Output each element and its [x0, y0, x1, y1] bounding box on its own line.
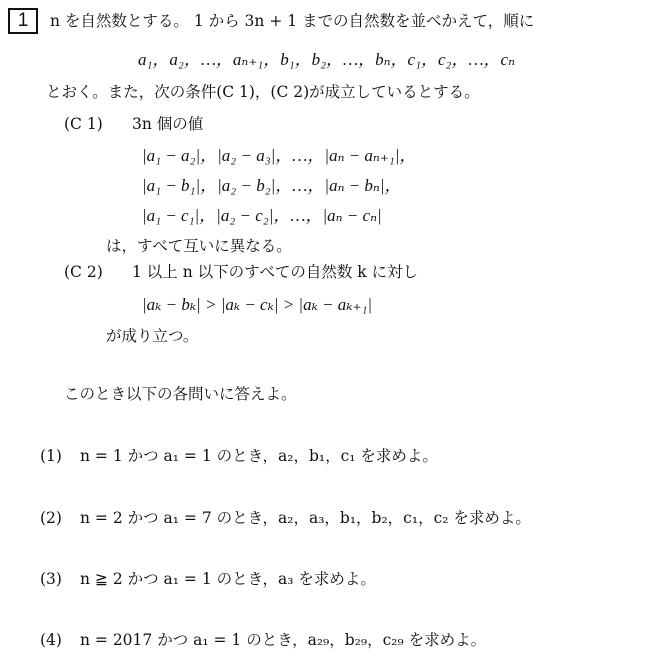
c1-row-1: |a₁ − a₂|，|a₂ − a₃|，…，|aₙ − aₙ₊₁|，: [142, 146, 416, 166]
question-2-text: n = 2 かつ a₁ = 7 のとき，a₂，a₃，b₁，b₂，c₁，c₂ を求…: [80, 508, 531, 528]
c1-label: (C 1): [64, 114, 103, 134]
c2-label: (C 2): [64, 262, 103, 282]
c1-tail: は，すべて互いに異なる。: [106, 236, 292, 256]
question-1-label: (1): [40, 446, 62, 466]
sequence-line: a₁，a₂，…，aₙ₊₁，b₁，b₂，…，bₙ，c₁，c₂，…，cₙ: [138, 50, 515, 70]
c1-row-3: |a₁ − c₁|，|a₂ − c₂|，…，|aₙ − cₙ|: [142, 206, 382, 226]
question-4-text: n = 2017 かつ a₁ = 1 のとき，a₂₉，b₂₉，c₂₉ を求めよ。: [80, 630, 486, 650]
question-1-text: n = 1 かつ a₁ = 1 のとき，a₂，b₁，c₁ を求めよ。: [80, 446, 438, 466]
question-4-label: (4): [40, 630, 62, 650]
c2-formula: |aₖ − bₖ| > |aₖ − cₖ| > |aₖ − aₖ₊₁|: [142, 295, 372, 315]
question-2-label: (2): [40, 508, 62, 528]
question-3-text: n ≧ 2 かつ a₁ = 1 のとき，a₃ を求めよ。: [80, 569, 376, 589]
questions-prompt: このとき以下の各問いに答えよ。: [64, 384, 297, 404]
c1-head: 3n 個の値: [132, 114, 203, 134]
conditions-intro: とおく。また，次の条件(C 1)，(C 2)が成立しているとする。: [46, 82, 480, 102]
c1-row-2: |a₁ − b₁|，|a₂ − b₂|，…，|aₙ − bₙ|，: [142, 176, 402, 196]
c2-tail: が成り立つ。: [106, 326, 198, 346]
problem-number-box: 1: [8, 8, 38, 34]
c2-head: 1 以上 n 以下のすべての自然数 k に対し: [132, 262, 418, 282]
question-3-label: (3): [40, 569, 62, 589]
intro-line: n を自然数とする。 1 から 3n + 1 までの自然数を並べかえて，順に: [50, 11, 534, 31]
